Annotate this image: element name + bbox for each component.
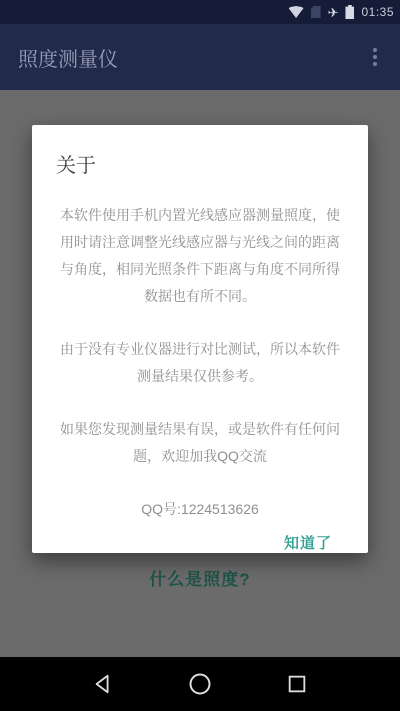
overflow-menu-icon[interactable]	[358, 37, 392, 77]
qq-number-line: QQ号:1224513626	[56, 496, 344, 523]
dialog-paragraph: 本软件使用手机内置光线感应器测量照度，使用时请注意调整光线感应器与光线之间的距离…	[56, 202, 344, 310]
phone-screen: ✈ 01:35 照度测量仪 什么是照度? 关于 本软件使用手机内置光线感应器测量…	[0, 0, 400, 711]
app-bar: 照度测量仪	[0, 24, 400, 90]
back-icon[interactable]	[80, 661, 126, 707]
got-it-button[interactable]: 知道了	[272, 523, 344, 562]
status-time: 01:35	[361, 5, 394, 19]
recents-icon[interactable]	[274, 661, 320, 707]
what-is-lux-link[interactable]: 什么是照度?	[0, 565, 400, 590]
status-bar: ✈ 01:35	[0, 0, 400, 24]
dialog-actions: 知道了	[56, 523, 344, 568]
dialog-title: 关于	[56, 149, 344, 178]
dialog-paragraph: 如果您发现测量结果有误，或是软件有任何问题，欢迎加我QQ交流	[56, 416, 344, 470]
navigation-bar	[0, 657, 400, 711]
dialog-message: 本软件使用手机内置光线感应器测量照度，使用时请注意调整光线感应器与光线之间的距离…	[56, 202, 344, 523]
airplane-mode-icon: ✈	[328, 6, 339, 19]
wifi-icon	[289, 6, 304, 18]
about-dialog: 关于 本软件使用手机内置光线感应器测量照度，使用时请注意调整光线感应器与光线之间…	[32, 125, 368, 553]
dialog-paragraph: 由于没有专业仪器进行对比测试，所以本软件测量结果仅供参考。	[56, 336, 344, 390]
no-sim-icon	[311, 6, 321, 18]
app-title: 照度测量仪	[18, 43, 118, 72]
home-icon[interactable]	[177, 661, 223, 707]
battery-icon	[345, 5, 354, 19]
